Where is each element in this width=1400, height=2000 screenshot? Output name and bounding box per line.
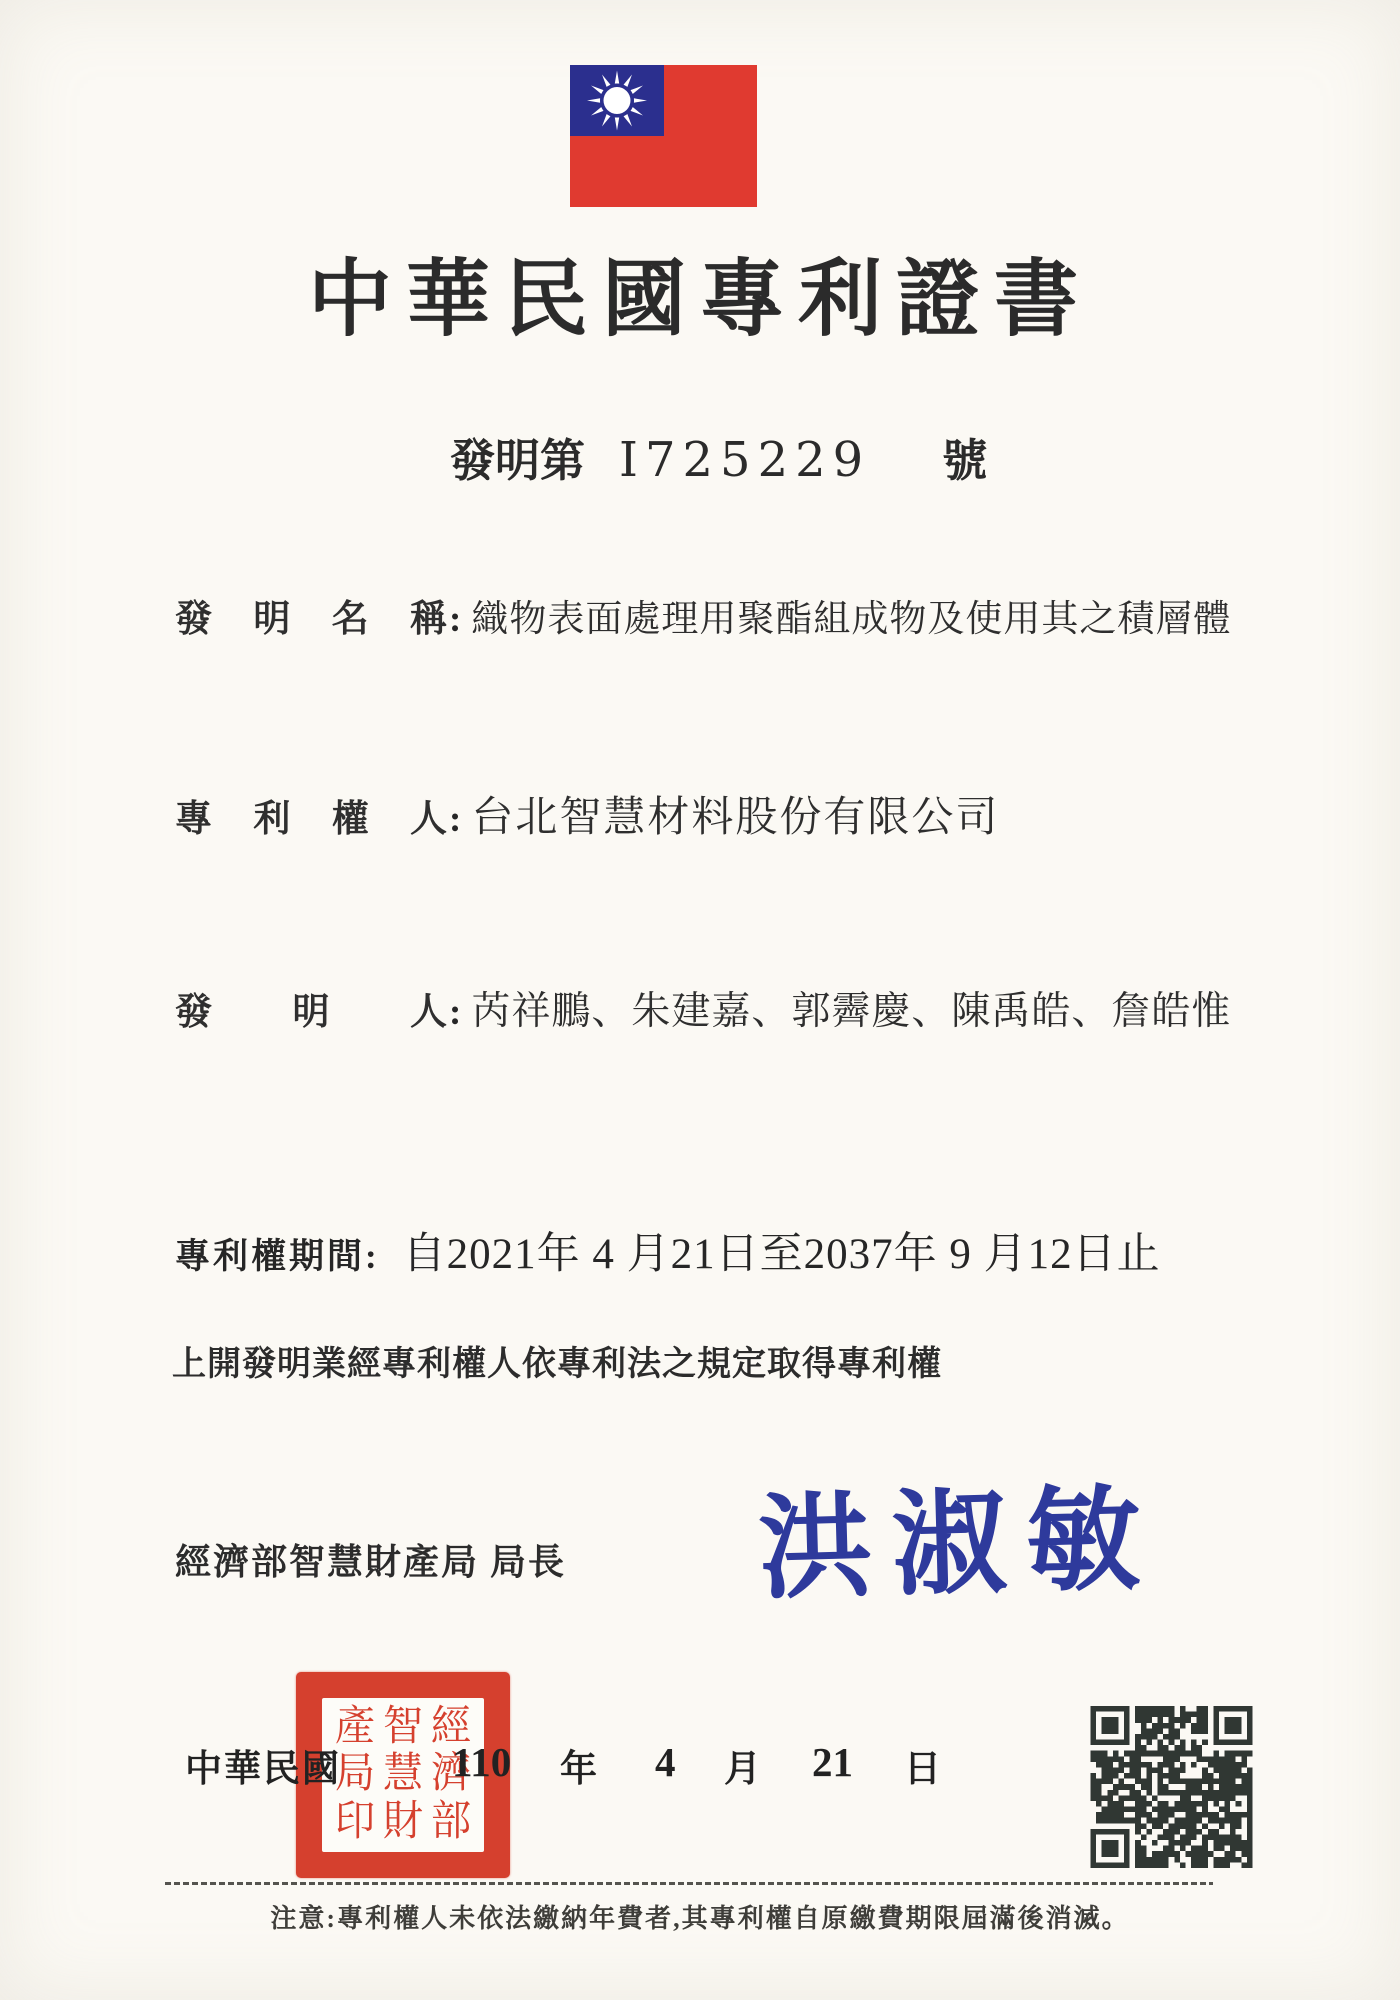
patent-certificate-page: 中華民國專利證書 發明第 I725229 號 發明名稱 : 織物表面處理用聚酯組… — [0, 0, 1400, 2000]
legal-statement: 上開發明業經專利權人依專利法之規定取得專利權 — [172, 1336, 942, 1385]
colon: : — [449, 598, 461, 641]
date-month-unit: 月 — [724, 1738, 761, 1792]
inventors-value: 芮祥鵬、朱建嘉、郭霽慶、陳禹皓、詹皓惟 — [471, 980, 1231, 1036]
field-patentee: 專利權人 : 台北智慧材料股份有限公司 — [175, 784, 999, 844]
field-inventors: 發明人 : 芮祥鵬、朱建嘉、郭霽慶、陳禹皓、詹皓惟 — [175, 980, 1231, 1036]
taiwan-flag — [570, 65, 757, 207]
colon: : — [365, 1237, 377, 1277]
colon: : — [449, 991, 461, 1034]
microprint-divider — [165, 1882, 1213, 1885]
issuer-title: 經濟部智慧財產局 局長 — [175, 1534, 566, 1585]
patent-term-value: 自2021年 4 月21日至2037年 9 月12日止 — [403, 1220, 1161, 1281]
field-invention-name: 發明名稱 : 織物表面處理用聚酯組成物及使用其之積層體 — [175, 588, 1231, 642]
patent-number: I725229 — [619, 432, 870, 488]
patent-number-suffix: 號 — [942, 424, 987, 489]
date-year-unit: 年 — [560, 1738, 597, 1792]
date-day-unit: 日 — [904, 1738, 941, 1792]
issue-date-row: 中華民國 110 年 4 月 21 日 — [0, 1738, 1400, 1798]
patent-term-label: 專利權期間 — [175, 1229, 365, 1279]
colon: : — [449, 798, 461, 841]
patent-number-line: 發明第 I725229 號 — [450, 424, 987, 489]
date-month: 4 — [655, 1738, 676, 1786]
director-signature: 洪淑敏 — [756, 1447, 1162, 1621]
certificate-title: 中華民國專利證書 — [0, 232, 1400, 353]
patent-number-prefix: 發明第 — [450, 424, 585, 489]
date-era: 中華民國 — [185, 1738, 341, 1792]
field-patent-term: 專利權期間 : 自2021年 4 月21日至2037年 9 月12日止 — [175, 1220, 1161, 1281]
invention-name-value: 織物表面處理用聚酯組成物及使用其之積層體 — [471, 588, 1231, 642]
inventors-label: 發明人 — [175, 981, 447, 1035]
date-day: 21 — [812, 1738, 853, 1786]
footer-note: 注意:專利權人未依法繳納年費者,其專利權自原繳費期限屆滿後消滅。 — [0, 1898, 1400, 1935]
flag-sun-icon — [570, 65, 664, 136]
patentee-label: 專利權人 — [175, 788, 447, 842]
date-year: 110 — [452, 1738, 511, 1786]
invention-name-label: 發明名稱 — [175, 588, 447, 642]
patentee-value: 台北智慧材料股份有限公司 — [471, 784, 999, 844]
flag-canton — [570, 65, 664, 136]
